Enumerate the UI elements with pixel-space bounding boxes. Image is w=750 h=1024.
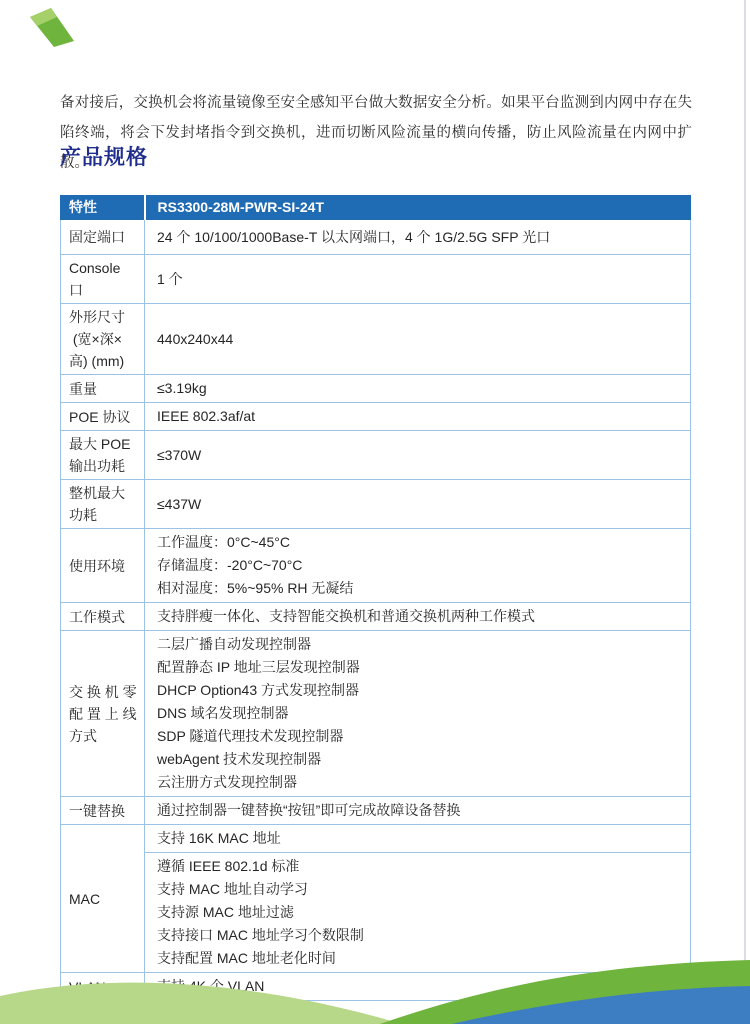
table-row: 外形尺寸 (宽×深× 高) (mm) 440x240x44 — [61, 304, 691, 375]
feature-label-cell: 整机最大 功耗 — [61, 480, 145, 529]
feature-value-cell: 1 个 — [145, 255, 691, 304]
feature-label-cell: 固定端口 — [61, 220, 145, 255]
table-row: 一键替换 通过控制器一键替换“按钮”即可完成故障设备替换 — [61, 797, 691, 825]
feature-value-cell: ≤3.19kg — [145, 375, 691, 403]
table-row: 重量 ≤3.19kg — [61, 375, 691, 403]
section-title: 产品规格 — [60, 141, 148, 171]
table-row: 整机最大 功耗 ≤437W — [61, 480, 691, 529]
feature-value-cell: 支持 16K MAC 地址 — [145, 825, 691, 853]
feature-value-cell: 二层广播自动发现控制器 配置静态 IP 地址三层发现控制器 DHCP Optio… — [145, 631, 691, 797]
feature-label-cell: 一键替换 — [61, 797, 145, 825]
feature-label-cell: 重量 — [61, 375, 145, 403]
feature-value-cell: 通过控制器一键替换“按钮”即可完成故障设备替换 — [145, 797, 691, 825]
feature-label-cell: POE 协议 — [61, 403, 145, 431]
feature-value-cell: ≤437W — [145, 480, 691, 529]
table-row: 最大 POE 输出功耗 ≤370W — [61, 431, 691, 480]
feature-label-cell: 工作模式 — [61, 603, 145, 631]
corner-swoosh-decoration — [28, 6, 76, 48]
page-edge-line — [744, 0, 746, 1024]
header-feature-cell: 特性 — [61, 196, 145, 220]
feature-value-cell: 440x240x44 — [145, 304, 691, 375]
table-row: 交 换 机 零 配 置 上 线 方式 二层广播自动发现控制器 配置静态 IP 地… — [61, 631, 691, 797]
table-header-row: 特性 RS3300-28M-PWR-SI-24T — [61, 196, 691, 220]
feature-value-cell: IEEE 802.3af/at — [145, 403, 691, 431]
spec-table: 特性 RS3300-28M-PWR-SI-24T 固定端口 24 个 10/10… — [60, 195, 691, 1001]
table-row: 工作模式 支持胖瘦一体化、支持智能交换机和普通交换机两种工作模式 — [61, 603, 691, 631]
table-row: Console 口 1 个 — [61, 255, 691, 304]
intro-paragraph: 备对接后，交换机会将流量镜像至安全感知平台做大数据安全分析。如果平台监测到内网中… — [60, 88, 692, 178]
table-row: 使用环境 工作温度：0°C~45°C 存储温度：-20°C~70°C 相对湿度：… — [61, 529, 691, 603]
table-row: MAC 支持 16K MAC 地址 — [61, 825, 691, 853]
feature-value-cell: 工作温度：0°C~45°C 存储温度：-20°C~70°C 相对湿度：5%~95… — [145, 529, 691, 603]
feature-label-cell: 外形尺寸 (宽×深× 高) (mm) — [61, 304, 145, 375]
wave-light-green — [0, 983, 398, 1024]
table-row: POE 协议 IEEE 802.3af/at — [61, 403, 691, 431]
feature-value-cell: 支持胖瘦一体化、支持智能交换机和普通交换机两种工作模式 — [145, 603, 691, 631]
feature-value-cell: ≤370W — [145, 431, 691, 480]
document-page: 备对接后，交换机会将流量镜像至安全感知平台做大数据安全分析。如果平台监测到内网中… — [0, 0, 750, 1024]
feature-label-cell: 使用环境 — [61, 529, 145, 603]
bottom-waves-decoration — [0, 948, 750, 1024]
feature-value-cell: 24 个 10/100/1000Base-T 以太网端口，4 个 1G/2.5G… — [145, 220, 691, 255]
feature-label-cell: 最大 POE 输出功耗 — [61, 431, 145, 480]
feature-label-cell: 交 换 机 零 配 置 上 线 方式 — [61, 631, 145, 797]
feature-label-cell: Console 口 — [61, 255, 145, 304]
header-model-cell: RS3300-28M-PWR-SI-24T — [145, 196, 691, 220]
table-row: 固定端口 24 个 10/100/1000Base-T 以太网端口，4 个 1G… — [61, 220, 691, 255]
